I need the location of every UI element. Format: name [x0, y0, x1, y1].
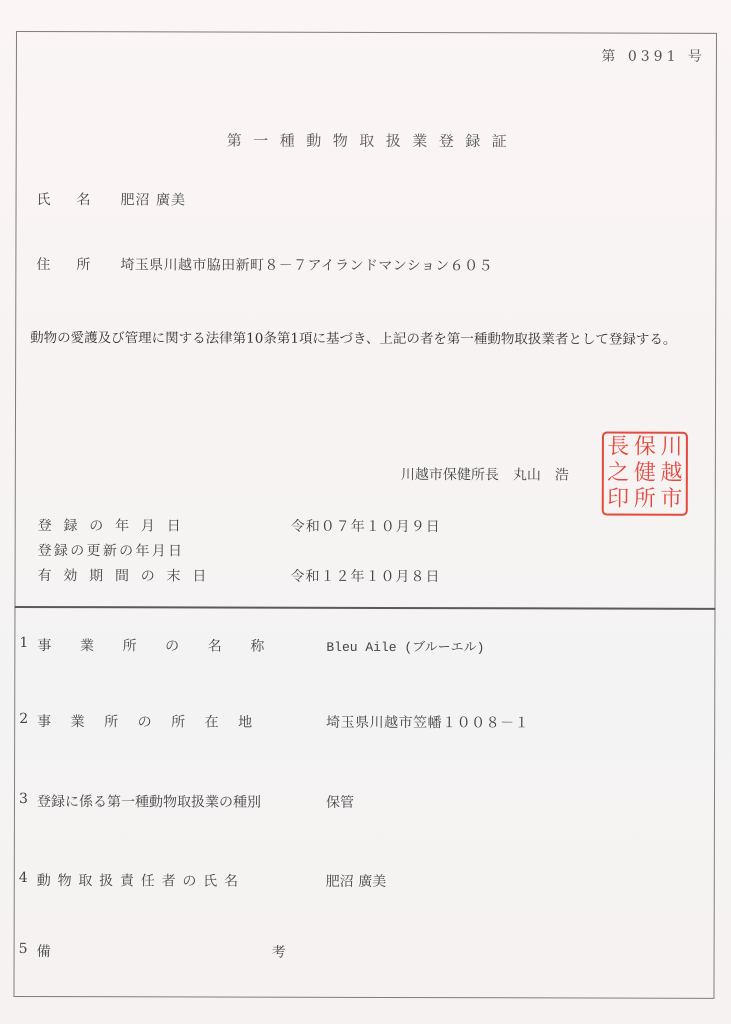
authority-given-name: 浩	[555, 467, 569, 483]
business-name-value: Bleu Aile (ブルーエル)	[326, 636, 484, 655]
authority-title: 川越市保健所長	[401, 467, 499, 483]
item-number: 3	[19, 791, 28, 807]
seal-char: 所	[631, 489, 658, 511]
seal-char: 保	[632, 437, 659, 459]
name-label: 氏名	[37, 189, 117, 209]
section-divider	[14, 606, 715, 610]
item-number: 1	[19, 635, 28, 651]
seal-char: 之	[605, 463, 632, 485]
seal-char: 印	[605, 489, 632, 511]
official-seal-icon: 川 越 市 保 健 所 長 之 印	[602, 432, 688, 516]
document-title: 第一種動物取扱業登録証	[227, 130, 519, 152]
address-label: 住所	[36, 254, 116, 274]
business-name-label: 事業所の名称	[37, 635, 293, 656]
remarks-label-left: 備	[37, 941, 51, 961]
manager-name-value: 肥沼 廣美	[326, 871, 387, 891]
business-type-label: 登録に係る第一種動物取扱業の種別	[37, 791, 261, 812]
expiry-date-label: 有効期間の末日	[38, 565, 219, 585]
item-number: 5	[19, 941, 28, 957]
seal-char: 長	[605, 437, 632, 459]
registration-date-value: 令和０７年１０月９日	[291, 516, 441, 536]
business-location-label: 事業所の所在地	[37, 711, 272, 732]
seal-char: 越	[658, 463, 685, 485]
authority-family-name: 丸山	[513, 467, 541, 483]
seal-char: 市	[658, 489, 685, 511]
name-value: 肥沼 廣美	[121, 189, 187, 209]
certificate-number: 第 0391 号	[601, 46, 706, 66]
manager-name-label: 動物取扱責任者の氏名	[37, 870, 245, 891]
issuing-authority: 川越市保健所長丸山浩	[401, 464, 569, 484]
seal-char: 川	[658, 437, 685, 459]
seal-char: 健	[631, 463, 658, 485]
remarks-label-right: 考	[272, 942, 286, 962]
registration-date-label: 登録の年月日	[38, 515, 193, 535]
renewal-date-label: 登録の更新の年月日	[38, 540, 185, 560]
address-value: 埼玉県川越市脇田新町８－７アイランドマンション６０５	[120, 254, 493, 275]
certificate-document: 第 0391 号 第一種動物取扱業登録証 氏名 肥沼 廣美 住所 埼玉県川越市脇…	[13, 31, 717, 999]
business-location-value: 埼玉県川越市笠幡１００８－１	[326, 712, 529, 733]
item-number: 2	[19, 711, 28, 727]
expiry-date-value: 令和１２年１０月８日	[291, 566, 441, 586]
item-number: 4	[19, 870, 28, 886]
business-type-value: 保管	[326, 792, 354, 812]
registration-statement: 動物の愛護及び管理に関する法律第10条第1項に基づき、上記の者を第一種動物取扱業…	[20, 329, 712, 349]
